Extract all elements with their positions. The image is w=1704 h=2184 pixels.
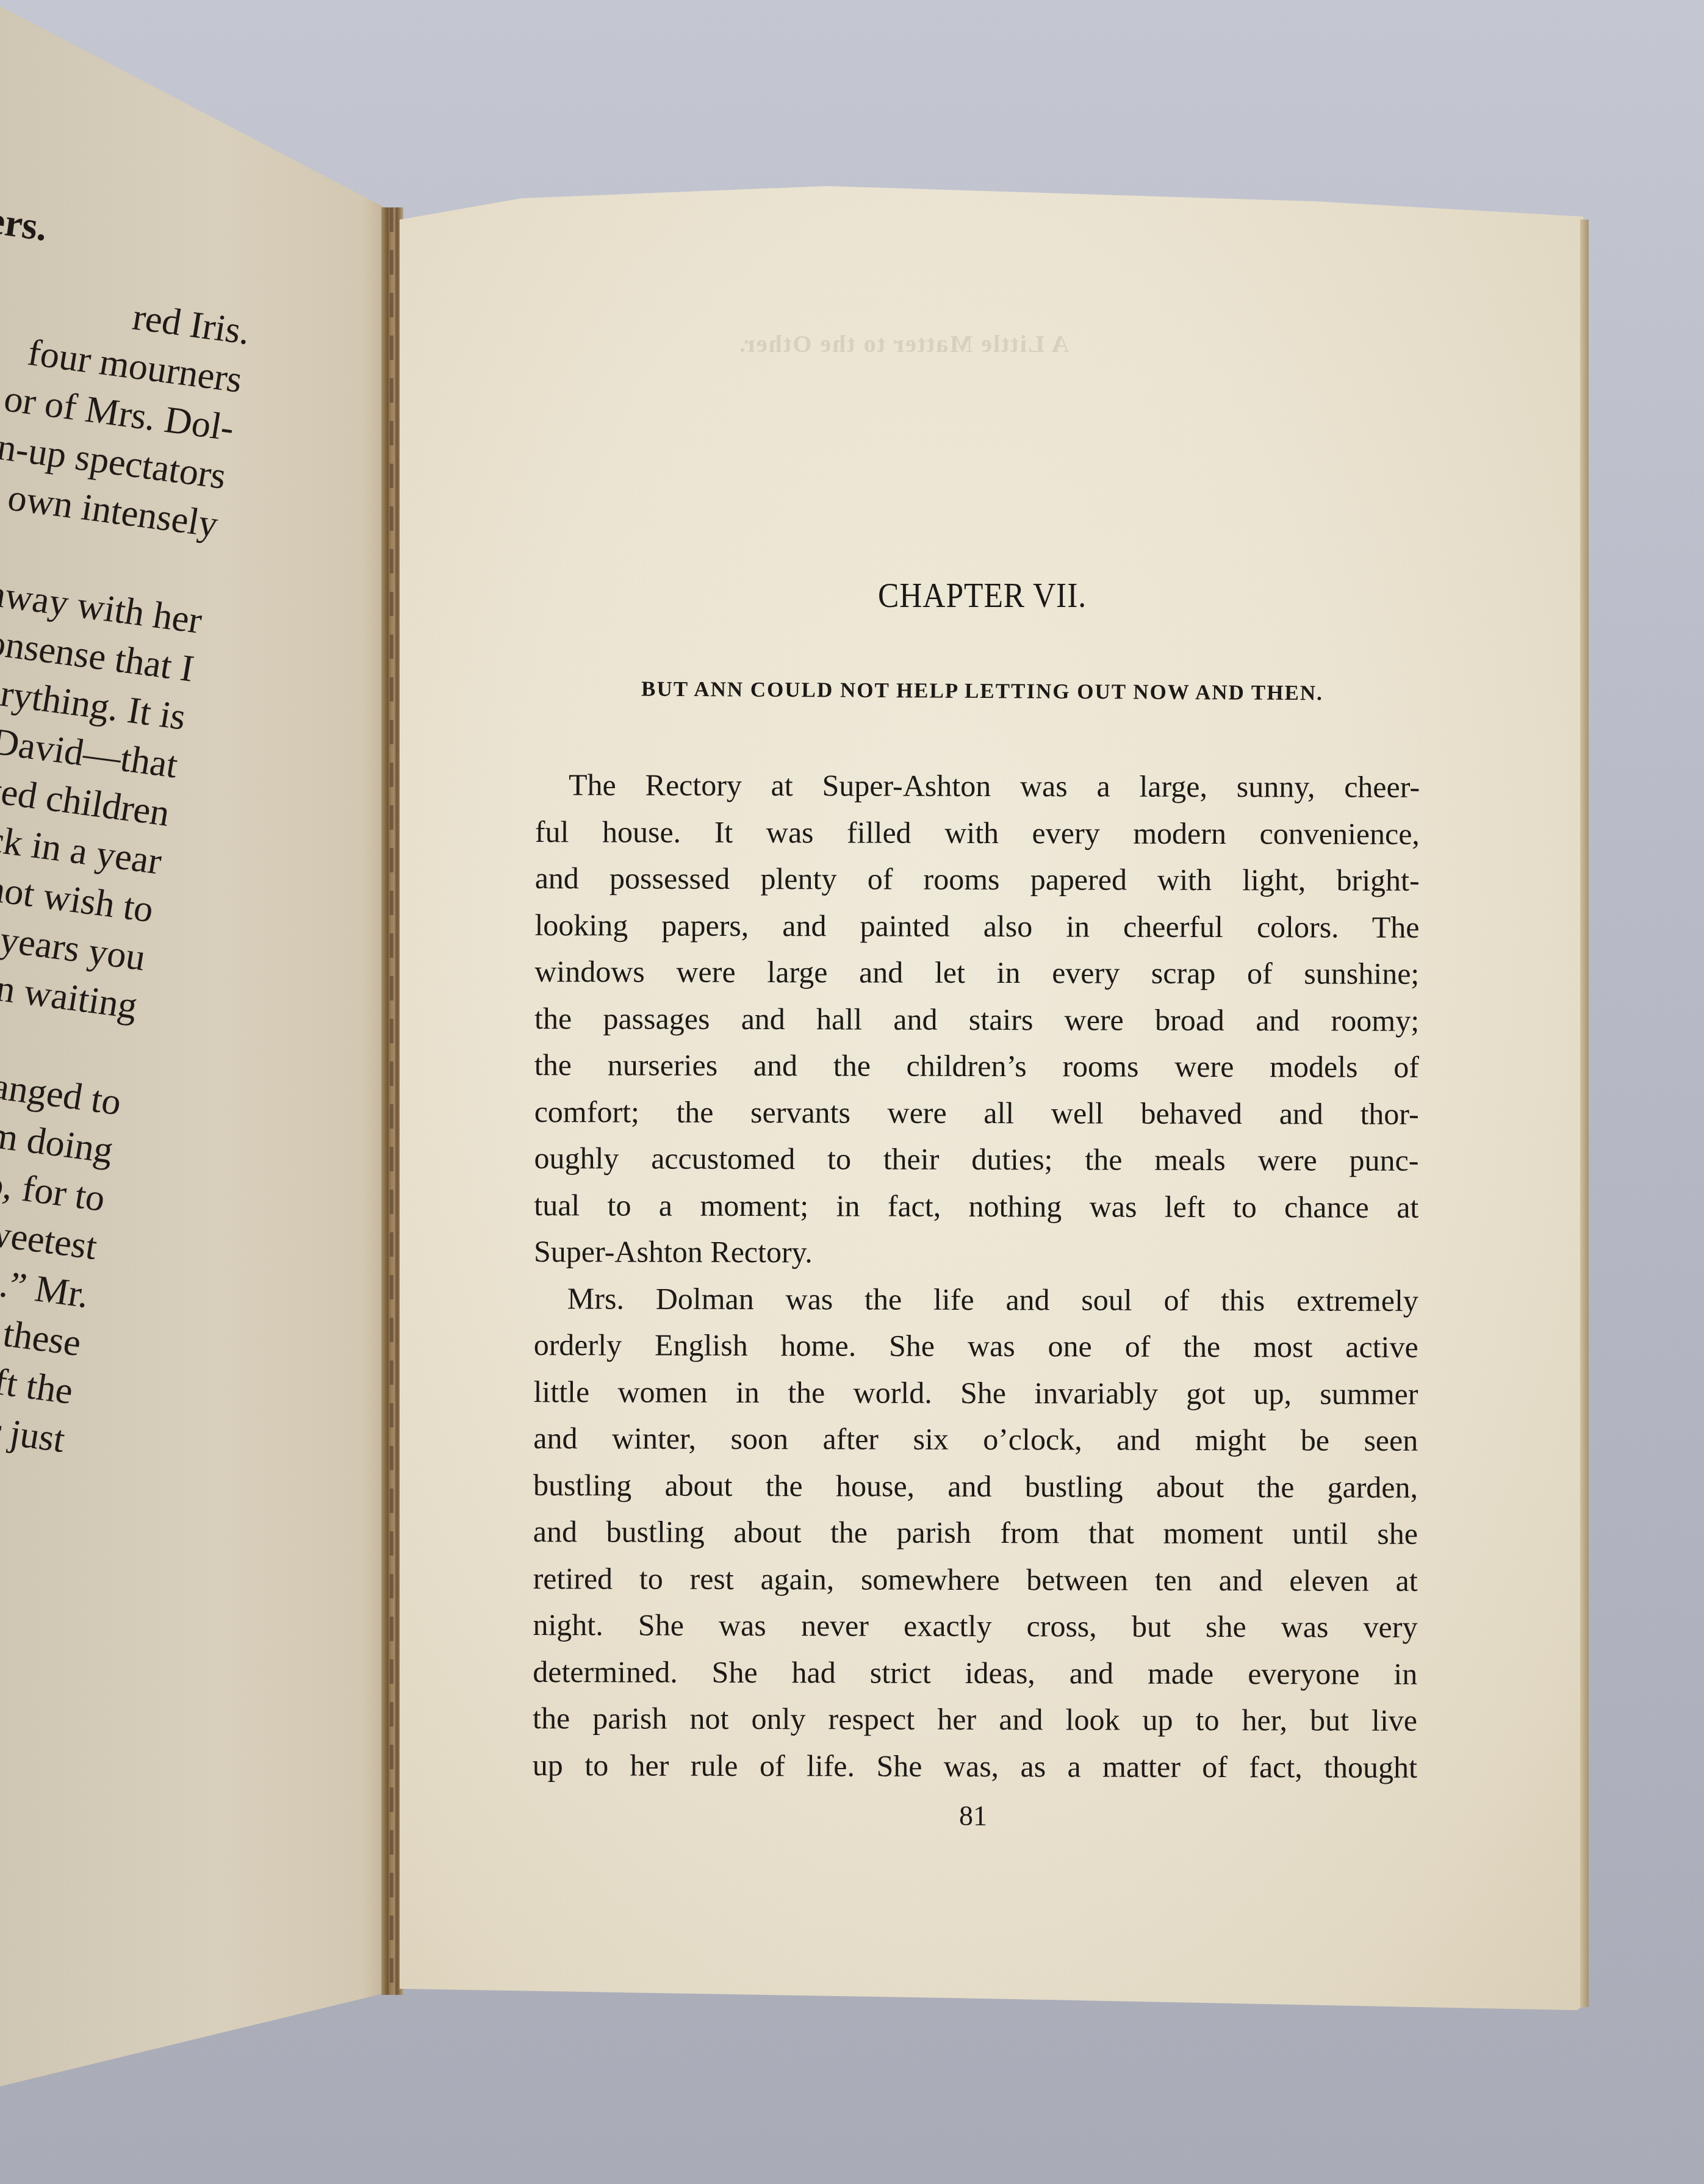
body-line: windows were large and let in every scra… — [534, 948, 1419, 997]
body-line: up to her rule of life. She was, as a ma… — [533, 1742, 1417, 1791]
left-page: ers. red Iris. four mourners or of Mrs. … — [0, 0, 403, 2184]
body-line: Super-Ashton Rectory. — [534, 1228, 1418, 1277]
body-line: comfort; the servants were all well beha… — [534, 1088, 1419, 1137]
body-line: The Rectory at Super-Ashton was a large,… — [535, 761, 1420, 810]
body-line: determined. She had strict ideas, and ma… — [533, 1648, 1417, 1697]
left-page-running-header: ers. — [0, 198, 50, 251]
body-line: oughly accustomed to their duties; the m… — [534, 1135, 1418, 1184]
body-line: the nurseries and the children’s rooms w… — [534, 1041, 1419, 1090]
body-line: looking papers, and painted also in chee… — [534, 902, 1419, 950]
page-number: 81 — [949, 1800, 998, 1832]
body-text: The Rectory at Super-Ashton was a large,… — [533, 761, 1420, 1791]
body-line: and bustling about the parish from that … — [533, 1508, 1418, 1557]
body-line: tual to a moment; in fact, nothing was l… — [534, 1182, 1418, 1230]
body-line: little women in the world. She invariabl… — [533, 1368, 1418, 1417]
chapter-title: CHAPTER VII. — [842, 577, 1123, 616]
body-line: ful house. It was filled with every mode… — [535, 808, 1420, 857]
body-line: bustling about the house, and bustling a… — [533, 1462, 1418, 1510]
body-line: the passages and hall and stairs were br… — [534, 995, 1419, 1044]
left-page-text: red Iris. four mourners or of Mrs. Dol- … — [0, 271, 254, 1464]
body-line: orderly English home. She was one of the… — [534, 1321, 1418, 1370]
body-line: night. She was never exactly cross, but … — [533, 1601, 1417, 1650]
body-line: and possessed plenty of rooms papered wi… — [535, 855, 1420, 903]
body-line: retired to rest again, somewhere between… — [533, 1555, 1418, 1604]
right-page-fore-edge — [1580, 220, 1589, 2007]
show-through-header: A Little Matter to the Other. — [738, 329, 1069, 358]
book-photo-scene: ers. red Iris. four mourners or of Mrs. … — [0, 0, 1704, 2184]
body-line: the parish not only respect her and look… — [533, 1695, 1417, 1744]
body-line: Mrs. Dolman was the life and soul of thi… — [534, 1275, 1418, 1324]
body-line: and winter, soon after six o’clock, and … — [533, 1415, 1418, 1464]
